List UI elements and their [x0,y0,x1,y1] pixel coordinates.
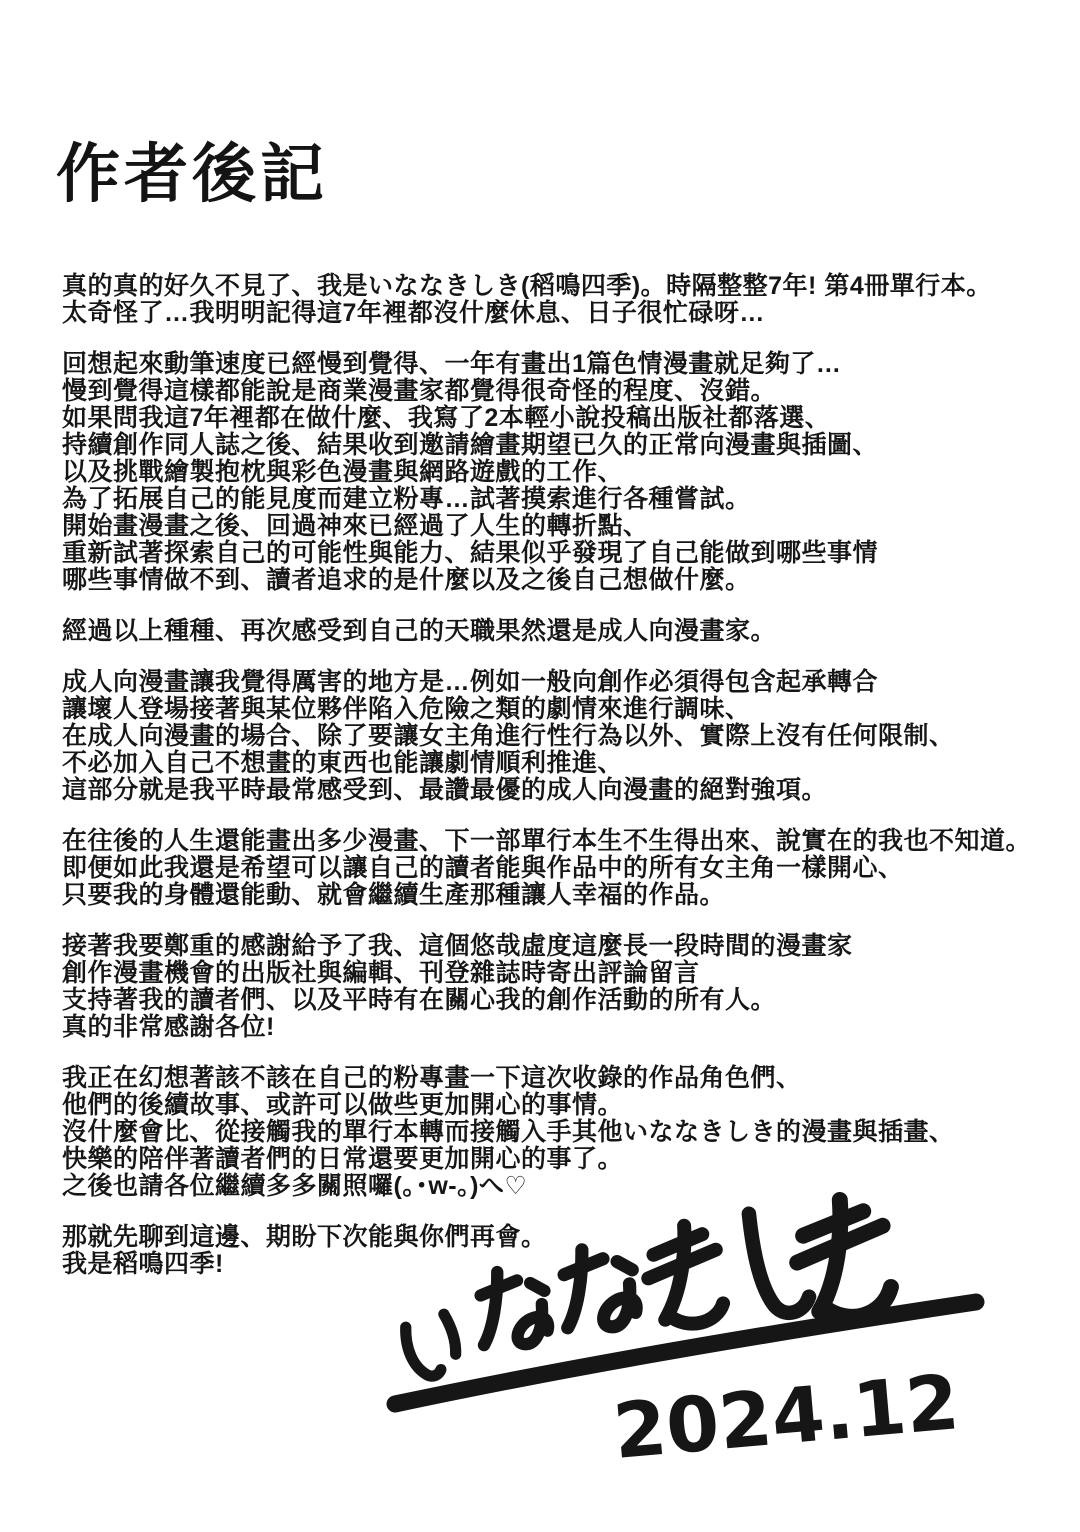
signature-name-text: いななきしき [0,0,1,1]
text-line: 重新試著探索自己的可能性與能力、結果似乎發現了自己能做到哪些事情 [62,540,1042,567]
text-line: 經過以上種種、再次感受到自己的天職果然還是成人向漫畫家。 [62,618,1042,645]
afterword-page: 作者後記 真的真的好久不見了、我是いななきしき(稻鳴四季)。時隔整整7年! 第4… [0,0,1080,1532]
paragraph: 在往後的人生還能畫出多少漫畫、下一部單行本生不生得出來、說實在的我也不知道。即便… [62,828,1042,909]
paragraph: 回想起來動筆速度已經慢到覺得、一年有畫出1篇色情漫畫就足夠了…慢到覺得這樣都能說… [62,351,1042,594]
text-line: 我正在幻想著該不該在自己的粉專畫一下這次收錄的作品角色們、 [62,1065,1042,1092]
text-line: 不必加入自己不想畫的東西也能讓劇情順利推進、 [62,750,1042,777]
text-line: 快樂的陪伴著讀者們的日常還要更加開心的事了。 [62,1146,1042,1173]
paragraph: 經過以上種種、再次感受到自己的天職果然還是成人向漫畫家。 [62,618,1042,645]
text-line: 支持著我的讀者們、以及平時有在關心我的創作活動的所有人。 [62,987,1042,1014]
text-line: 為了拓展自己的能見度而建立粉專…試著摸索進行各種嘗試。 [62,486,1042,513]
paragraph: 那就先聊到這邊、期盼下次能與你們再會。我是稻鳴四季! [62,1224,1042,1278]
text-line: 那就先聊到這邊、期盼下次能與你們再會。 [62,1224,1042,1251]
text-line: 接著我要鄭重的感謝給予了我、這個悠哉虛度這麼長一段時間的漫畫家 [62,933,1042,960]
text-line: 慢到覺得這樣都能說是商業漫畫家都覺得很奇怪的程度、沒錯。 [62,378,1042,405]
text-line: 在成人向漫畫的場合、除了要讓女主角進行性行為以外、實際上沒有任何限制、 [62,723,1042,750]
signature-underline [395,1302,976,1404]
text-line: 讓壞人登場接著與某位夥伴陷入危險之類的劇情來進行調味、 [62,696,1042,723]
text-line: 真的真的好久不見了、我是いななきしき(稻鳴四季)。時隔整整7年! 第4冊單行本。 [62,273,1042,300]
text-line: 開始畫漫畫之後、回過神來已經過了人生的轉折點、 [62,513,1042,540]
text-line: 這部分就是我平時最常感受到、最讚最優的成人向漫畫的絕對強項。 [62,777,1042,804]
text-line: 我是稻鳴四季! [62,1251,1042,1278]
paragraph: 真的真的好久不見了、我是いななきしき(稻鳴四季)。時隔整整7年! 第4冊單行本。… [62,273,1042,327]
signature-kana-i [403,1313,461,1380]
text-line: 創作漫畫機會的出版社與編輯、刊登雜誌時寄出評論留言 [62,960,1042,987]
text-line: 只要我的身體還能動、就會繼續生產那種讓人幸福的作品。 [62,882,1042,909]
text-line: 即便如此我還是希望可以讓自己的讀者能與作品中的所有女主角一樣開心、 [62,855,1042,882]
text-line: 真的非常感謝各位! [62,1014,1042,1041]
paragraph: 我正在幻想著該不該在自己的粉專畫一下這次收錄的作品角色們、他們的後續故事、或許可… [62,1065,1042,1200]
text-line: 沒什麼會比、從接觸我的單行本轉而接觸入手其他いななきしき的漫畫與插畫、 [62,1119,1042,1146]
text-line: 之後也請各位繼續多多關照囉(｡･w-｡)へ♡ [62,1173,1042,1200]
text-line: 哪些事情做不到、讀者追求的是什麼以及之後自己想做什麼。 [62,567,1042,594]
text-line: 持續創作同人誌之後、結果收到邀請繪畫期望已久的正常向漫畫與插圖、 [62,432,1042,459]
paragraph: 成人向漫畫讓我覺得厲害的地方是…例如一般向創作必須得包含起承轉合讓壞人登場接著與… [62,669,1042,804]
paragraph: 接著我要鄭重的感謝給予了我、這個悠哉虛度這麼長一段時間的漫畫家創作漫畫機會的出版… [62,933,1042,1041]
signature-date: 2024.12 [610,1357,963,1476]
text-line: 成人向漫畫讓我覺得厲害的地方是…例如一般向創作必須得包含起承轉合 [62,669,1042,696]
text-line: 如果問我這7年裡都在做什麼、我寫了2本輕小說投稿出版社都落選、 [62,405,1042,432]
text-line: 在往後的人生還能畫出多少漫畫、下一部單行本生不生得出來、說實在的我也不知道。 [62,828,1042,855]
text-line: 回想起來動筆速度已經慢到覺得、一年有畫出1篇色情漫畫就足夠了… [62,351,1042,378]
page-title: 作者後記 [56,142,328,206]
text-line: 他們的後續故事、或許可以做些更加開心的事情。 [62,1092,1042,1119]
afterword-body: 真的真的好久不見了、我是いななきしき(稻鳴四季)。時隔整整7年! 第4冊單行本。… [62,273,1042,1278]
text-line: 太奇怪了…我明明記得這7年裡都沒什麼休息、日子很忙碌呀… [62,300,1042,327]
text-line: 以及挑戰繪製抱枕與彩色漫畫與網路遊戲的工作、 [62,459,1042,486]
